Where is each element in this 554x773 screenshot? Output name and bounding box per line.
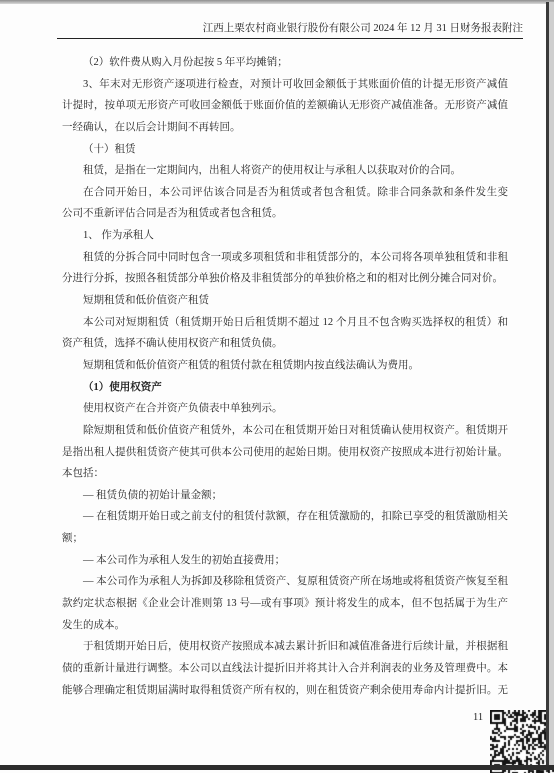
body-line: 租赁，是指在一定期间内，出租人将资产的使用权让与承租人以获取对价的合同。 [62,160,508,182]
body-line: 计提时，按单项无形资产可收回金额低于账面价值的差额确认无形资产减值准备。无形资产… [62,95,508,117]
body-line: 短期租赁和低价值资产租赁的租赁付款在租赁期内按直线法确认为费用。 [62,355,508,377]
heading-short-term-lease: 短期租赁和低价值资产租赁 [62,290,508,312]
scan-edge-right-soft [549,2,554,768]
body-line: 分进行分拆，按照各租赁部分单独价格及非租赁部分的单独价格之和的相对比例分摊合同对… [62,268,508,290]
body-line: 本公司对短期租赁（租赁期开始日后租赁期不超过 12 个月且不包含购买选择权的租赁… [62,312,508,334]
body-line: 额； [62,528,508,550]
body-line: 除短期租赁和低价值资产租赁外，本公司在租赁期开始日对租赁确认使用权资产。租赁期开… [62,420,508,442]
page-header-title: 江西上栗农村商业银行股份有限公司 2024 年 12 月 31 日财务报表附注 [203,22,523,36]
body-line: 一经确认，在以后会计期间不再转回。 [62,117,508,139]
body-line: 公司不重新评估合同是否为租赁或者包含租赁。 [62,203,508,225]
body-line: 发生的成本。 [62,615,508,637]
document-page: 江西上栗农村商业银行股份有限公司 2024 年 12 月 31 日财务报表附注 … [0,0,554,773]
body-line: 使用权资产在合并资产负债表中单独列示。 [62,398,508,420]
heading-right-of-use-asset: （1）使用权资产 [62,377,508,399]
qr-code-icon [490,710,554,773]
body-line: （2）软件费从购入月份起按 5 年平均摊销； [62,52,508,74]
body-line: 于租赁期开始日后，使用权资产按照成本减去累计折旧和减值准备进行后续计量，并根据租… [62,636,508,658]
list-item-dash: — 本公司作为承租人为拆卸及移除租赁资产、复原租赁资产所在场地或将租赁资产恢复至… [62,571,508,593]
header-underline [57,38,523,39]
body-line: 能够合理确定租赁期届满时取得租赁资产所有权的，则在租赁资产剩余使用寿命内计提折旧… [62,680,508,702]
document-body: （2）软件费从购入月份起按 5 年平均摊销；3、年末对无形资产逐项进行检查，对预… [62,52,508,701]
body-line: 本包括： [62,463,508,485]
scan-edge-top [0,0,554,4]
body-line: 是指出租人提供租赁资产使其可供本公司使用的起始日期。使用权资产按照成本进行初始计… [62,442,508,464]
heading-lessee: 1、 作为承租人 [62,225,508,247]
list-item-dash: — 在租赁期开始日或之前支付的租赁付款额，存在租赁激励的，扣除已享受的租赁激励相… [62,506,508,528]
body-line: 在合同开始日，本公司评估该合同是否为租赁或者包含租赁。除非合同条款和条件发生变化… [62,182,508,204]
body-line: 债的重新计量进行调整。本公司以直线法计提折旧并将其计入合并利润表的业务及管理费中… [62,658,508,680]
body-line: 资产租赁，选择不确认使用权资产和租赁负债。 [62,333,508,355]
body-line: 租赁的分拆合同中同时包含一项或多项租赁和非租赁部分的，本公司将各项单独租赁和非租… [62,247,508,269]
body-line: 款约定状态根据《企业会计准则第 13 号—或有事项》预计将发生的成本，但不包括属… [62,593,508,615]
scan-edge-right [546,2,549,768]
heading-lease: （十）租赁 [62,139,508,161]
list-item-dash: — 租赁负债的初始计量金额； [62,485,508,507]
list-item-dash: — 本公司作为承租人发生的初始直接费用； [62,550,508,572]
page-number: 11 [473,712,483,723]
scan-edge-bottom [0,765,554,770]
body-line: 3、年末对无形资产逐项进行检查，对预计可收回金额低于其账面价值的计提无形资产减值… [62,74,508,96]
